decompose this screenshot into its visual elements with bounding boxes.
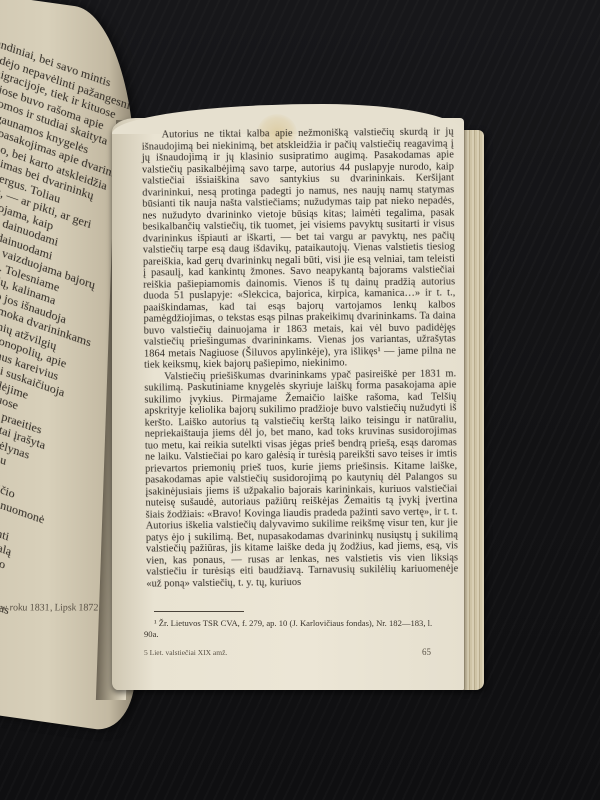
paragraph-1: Autorius ne tiktai kalba apie nežmonišką… [142,126,457,371]
paragraph-2: Valstiečių priešiškumas dvarininkams ypa… [144,368,458,590]
page-number: 65 [422,647,431,657]
page-fore-edge [462,130,484,690]
footnote: ¹ Žr. Lietuvos TSR CVA, f. 279, ap. 10 (… [144,618,444,640]
printer-signature: 5 Liet. valstiečiai XIX amž. [144,648,227,657]
left-page-footnote: w roku 1831, Lipsk 1872 [0,603,99,614]
right-page-body: Autorius ne tiktai kalba apie nežmonišką… [142,126,459,589]
right-page: Autorius ne tiktai kalba apie nežmonišką… [112,118,464,690]
footnote-rule [154,611,244,612]
